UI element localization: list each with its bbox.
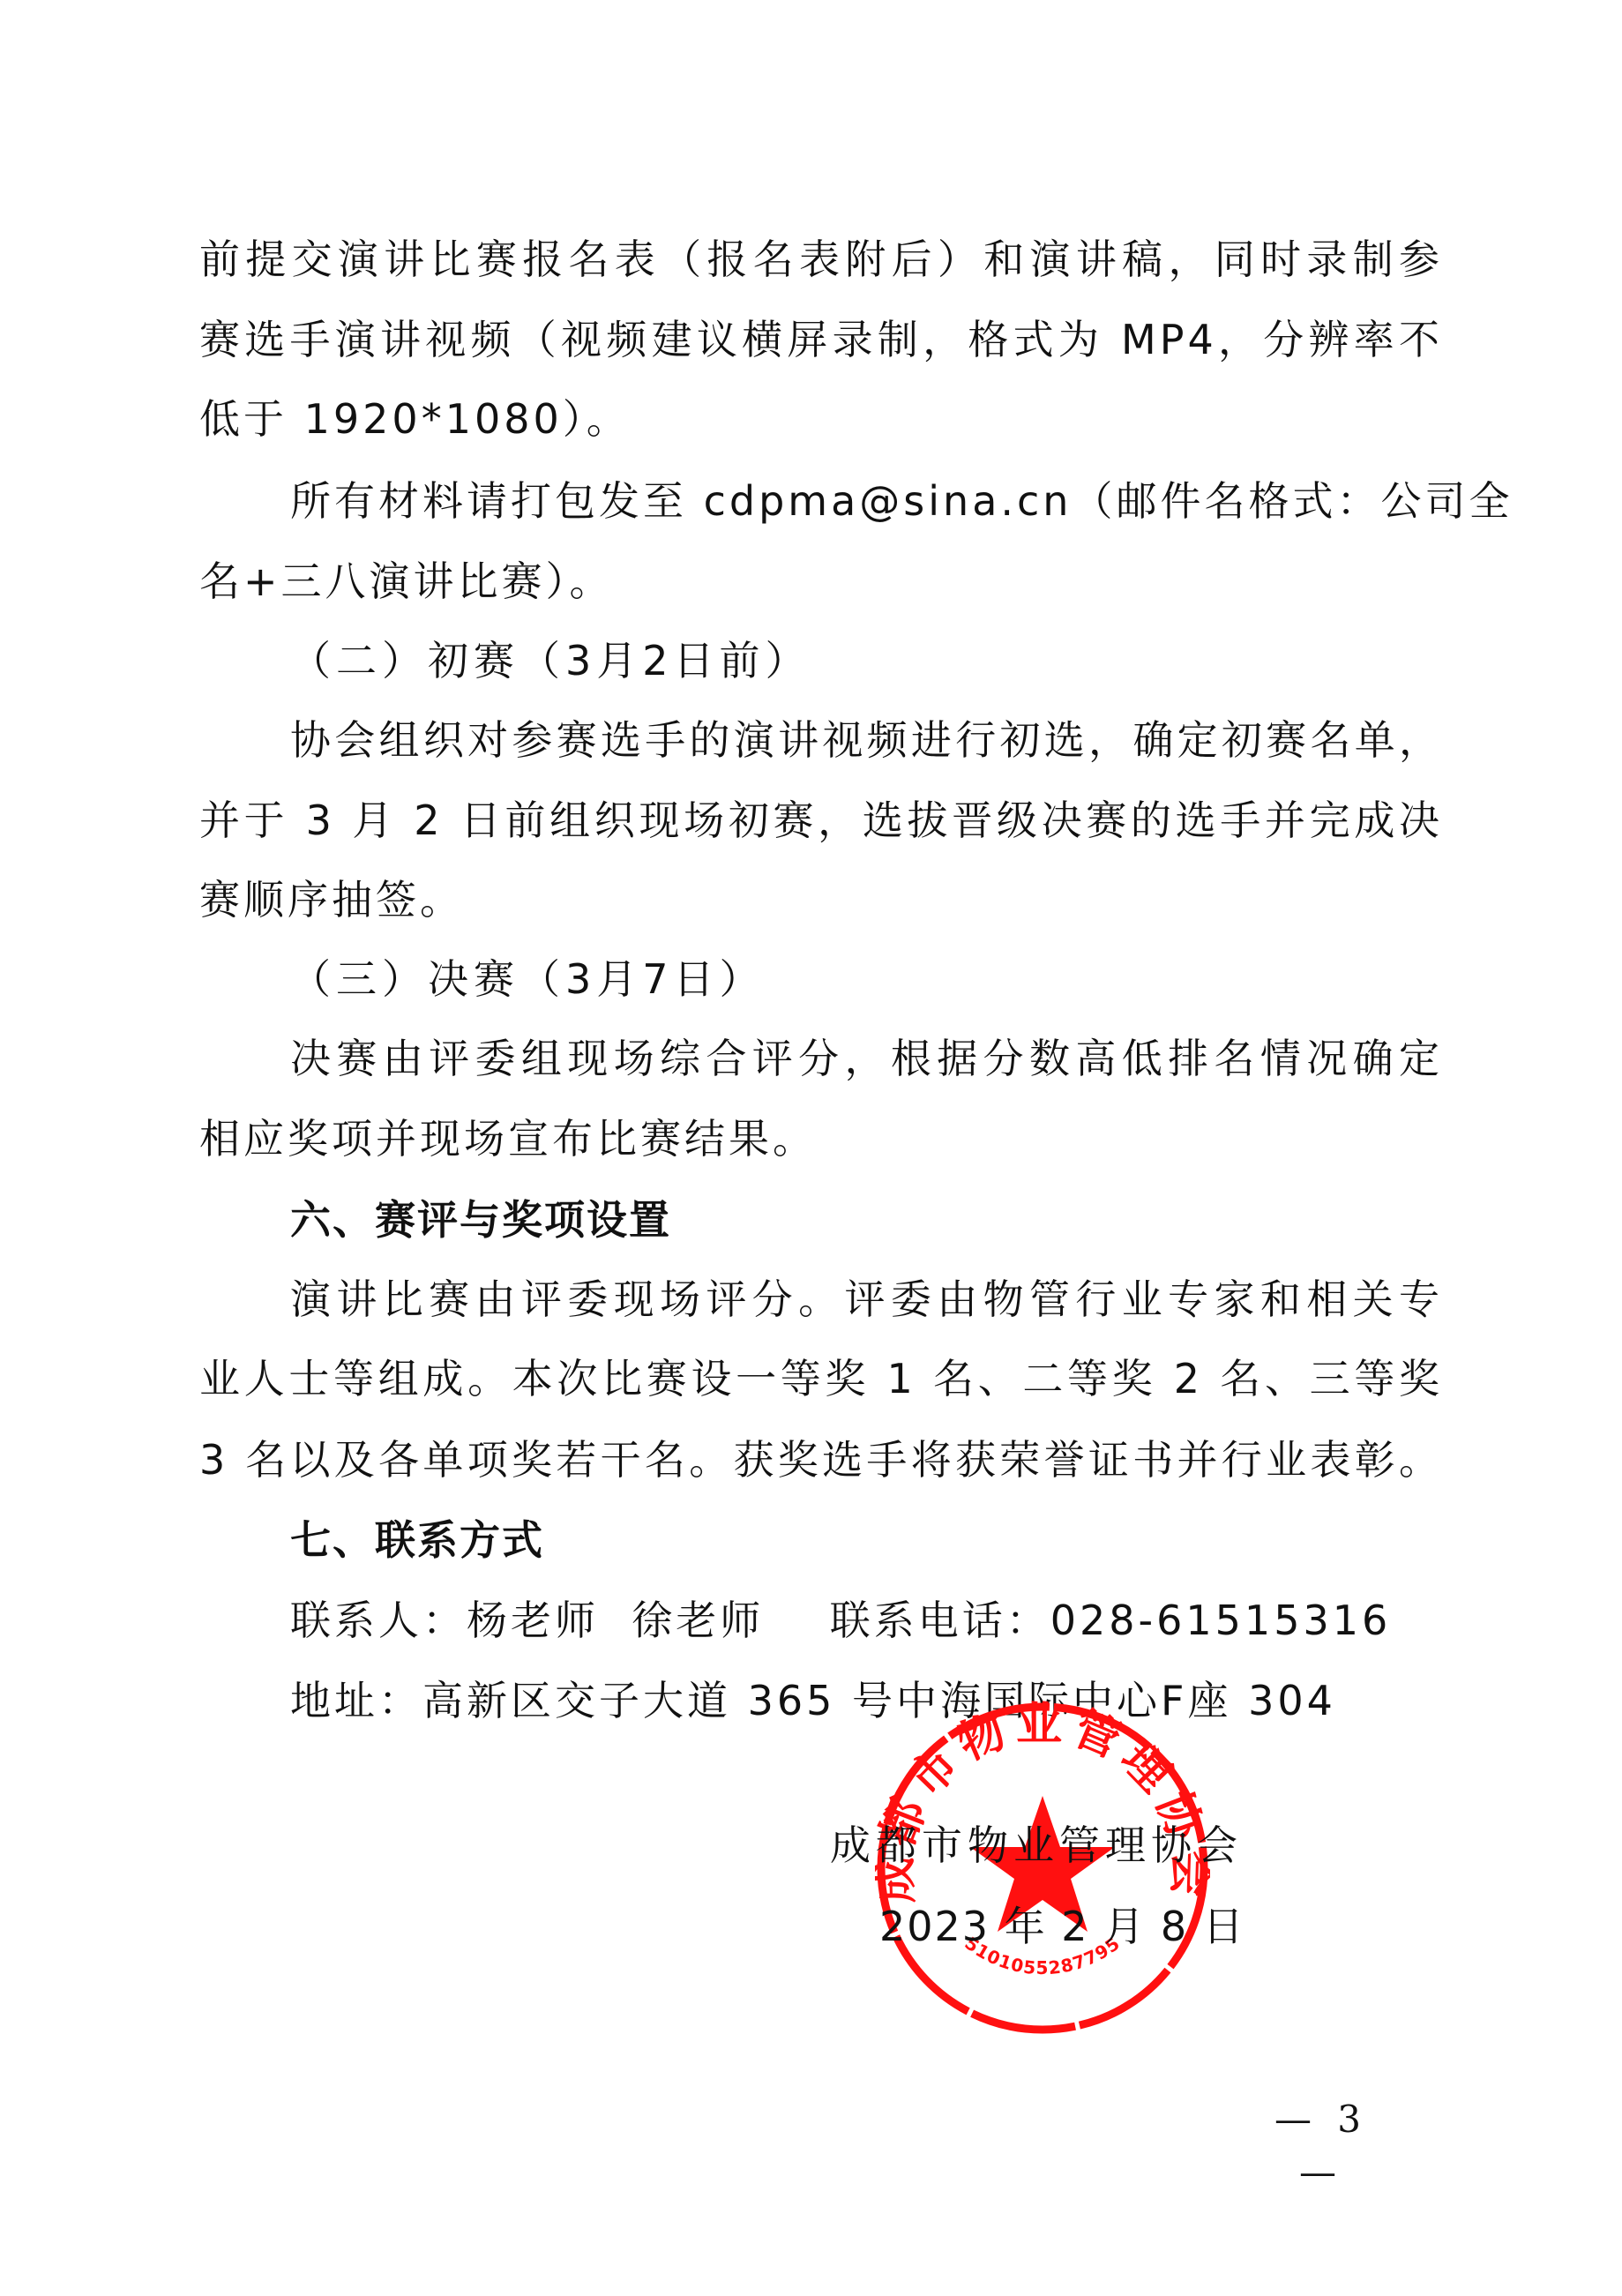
- subsection-heading-final: （三）决赛（3月7日）: [290, 953, 1443, 1006]
- signature-date: 2023 年 2 月 8 日: [879, 1900, 1245, 1953]
- contact-person-line: 联系人：杨老师 徐老师 联系电话：028-61515316: [290, 1594, 1443, 1647]
- signature-organization: 成都市物业管理协会: [830, 1819, 1243, 1872]
- body-text-line: 并于 3 月 2 日前组织现场初赛，选拔晋级决赛的选手并完成决: [199, 794, 1443, 847]
- body-text-line: 赛选手演讲视频（视频建议横屏录制，格式为 MP4，分辨率不: [199, 313, 1443, 366]
- body-text-line: 前提交演讲比赛报名表（报名表附后）和演讲稿，同时录制参: [199, 233, 1443, 286]
- section-heading-awards: 六、赛评与奖项设置: [290, 1193, 1443, 1246]
- body-text-line: 业人士等组成。本次比赛设一等奖 1 名、二等奖 2 名、三等奖: [199, 1352, 1443, 1405]
- body-text-line: 相应奖项并现场宣布比赛结果。: [199, 1112, 1443, 1165]
- body-text-line: 协会组织对参赛选手的演讲视频进行初选，确定初赛名单，: [290, 714, 1443, 767]
- page-number: — 3 —: [1251, 2093, 1392, 2199]
- body-text-line: 名+三八演讲比赛）。: [199, 555, 1443, 608]
- body-text-line: 3 名以及各单项奖若干名。获奖选手将获荣誉证书并行业表彰。: [199, 1433, 1443, 1486]
- section-heading-contact: 七、联系方式: [290, 1514, 1443, 1567]
- body-text-line: 决赛由评委组现场综合评分，根据分数高低排名情况确定: [290, 1032, 1443, 1085]
- body-text-line: 所有材料请打包发至 cdpma@sina.cn（邮件名格式：公司全: [290, 475, 1443, 527]
- body-text-line: 低于 1920*1080）。: [199, 393, 1443, 445]
- body-text-line: 演讲比赛由评委现场评分。评委由物管行业专家和相关专: [290, 1273, 1443, 1326]
- subsection-heading-preliminary: （二）初赛（3月2日前）: [290, 634, 1443, 687]
- contact-address-line: 地址：高新区交子大道 365 号中海国际中心F座 304: [290, 1674, 1443, 1727]
- body-text-line: 赛顺序抽签。: [199, 873, 1443, 926]
